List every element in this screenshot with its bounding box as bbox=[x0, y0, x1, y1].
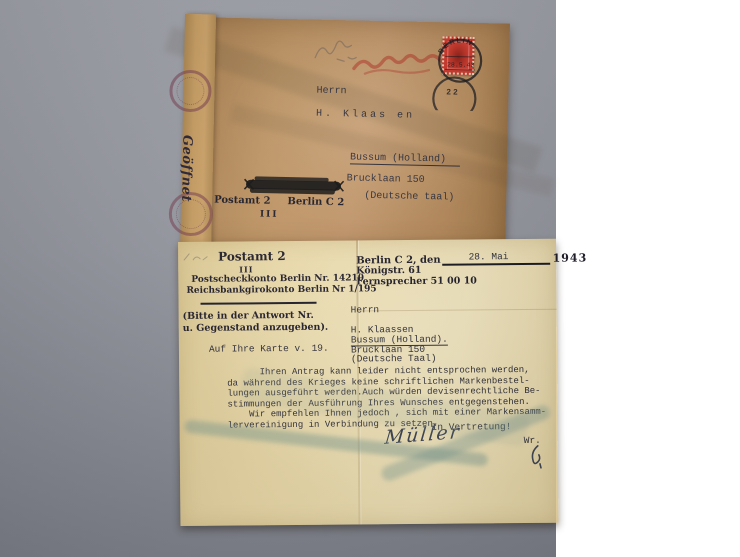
reference-line: Auf Ihre Karte v. 19. bbox=[209, 343, 329, 355]
body-line: lervereinigung in Verbindung zu setzen. bbox=[228, 418, 439, 430]
letterhead-dept: III bbox=[239, 264, 253, 274]
letter: Postamt 2 III Postscheckkonto Berlin Nr.… bbox=[178, 239, 558, 526]
envelope-crease-shadow bbox=[164, 26, 543, 173]
postage-stamp bbox=[442, 36, 475, 75]
smudge-streak bbox=[184, 419, 489, 466]
pencil-mark-icon bbox=[182, 250, 208, 264]
postmark-date: 28.5.43 bbox=[447, 61, 475, 69]
censor-tape-label: Geöffnet bbox=[178, 135, 194, 202]
censor-tape bbox=[180, 14, 216, 252]
letterhead-note1: (Bitte in der Antwort Nr. bbox=[183, 310, 314, 322]
closing-line: In Vertretung! bbox=[432, 421, 512, 433]
envelope-address-line: Herrn bbox=[316, 86, 346, 98]
cachet-dept: III bbox=[260, 210, 279, 220]
svg-text:BERLIN: BERLIN bbox=[437, 37, 474, 56]
dateline-date: 28. Mai bbox=[469, 251, 509, 262]
photo-backdrop: Geöffnet BERLIN 28.5.43 2 2 Herrn H. bbox=[0, 0, 556, 557]
envelope-address-line: Bussum (Holland) bbox=[350, 152, 460, 166]
cachet-office: Postamt 2 bbox=[214, 195, 271, 207]
letterhead-street: Königstr. 61 bbox=[356, 265, 421, 277]
letter-recipient-line: Bussum (Holland). bbox=[351, 334, 448, 347]
letterhead-office: Postamt 2 bbox=[218, 249, 286, 264]
signature: Müller bbox=[384, 421, 462, 449]
envelope-address-line: H. Klaas en bbox=[316, 109, 415, 122]
letter-recipient-line: H. Klaassen bbox=[351, 324, 414, 336]
postmark-office: 2 2 bbox=[446, 87, 458, 96]
letter-fold-line bbox=[356, 240, 360, 524]
dateline-rule: 28. Mai bbox=[443, 251, 551, 266]
body-line: Ihren Antrag kann leider nicht entsproch… bbox=[227, 365, 530, 378]
stamp-portrait-icon bbox=[447, 41, 470, 69]
dateline-place: Berlin C 2, den bbox=[356, 255, 441, 267]
clerk-initials: Wr. bbox=[524, 435, 541, 446]
dateline: Berlin C 2, den 28. Mai 1943 bbox=[356, 250, 587, 266]
body-line: stimmungen der Ausführung Ihres Wunsches… bbox=[227, 396, 530, 409]
pencil-scribble-icon bbox=[311, 32, 376, 67]
body-line: da während des Krieges keine schriftlich… bbox=[227, 375, 530, 388]
dateline-year: 1943 bbox=[553, 251, 588, 264]
body-line: Wir empfehlen Ihnen jedoch , sich mit ei… bbox=[227, 407, 546, 420]
letterhead-divider bbox=[201, 302, 317, 305]
red-crayon-scribble-icon bbox=[351, 46, 452, 80]
smudge-streak bbox=[379, 403, 552, 483]
letterhead-account1: Postscheckkonto Berlin Nr. 14210 bbox=[191, 273, 364, 285]
envelope-address-line: (Deutsche taal) bbox=[364, 191, 454, 204]
envelope-address-line: Brucklaan 150 bbox=[347, 173, 425, 186]
body-line: lungen ausgeführt werden.Auch würden dev… bbox=[227, 386, 540, 399]
censor-seal-icon bbox=[168, 192, 213, 237]
letter-recipient-line: Brucklaan 150 bbox=[351, 343, 425, 355]
sender-cachet-line: Postamt 2 Berlin C 2 bbox=[214, 195, 344, 209]
letter-recipient-line: Herrn bbox=[351, 304, 380, 315]
letter-crease bbox=[357, 309, 557, 312]
letterhead-account2: Reichsbankgirokonto Berlin Nr 1/195 bbox=[186, 284, 376, 296]
envelope-crease-shadow-2 bbox=[230, 104, 555, 197]
letterhead-phone: Fernsprecher 51 00 10 bbox=[356, 275, 477, 287]
letterhead-note2: u. Gegenstand anzugeben). bbox=[183, 322, 329, 334]
handwritten-initial-icon bbox=[528, 444, 544, 470]
postmark-icon: BERLIN 28.5.43 2 2 bbox=[426, 28, 494, 111]
obliterated-stamp-icon bbox=[242, 173, 346, 199]
letter-recipient-line: (Deutsche Taal) bbox=[351, 353, 437, 365]
censor-seal-icon bbox=[169, 70, 212, 113]
postmark-city: BERLIN bbox=[437, 37, 474, 56]
smudge-streak bbox=[239, 367, 531, 448]
cachet-place: Berlin C 2 bbox=[287, 196, 344, 208]
envelope: Geöffnet BERLIN 28.5.43 2 2 Herrn H. bbox=[185, 17, 510, 252]
